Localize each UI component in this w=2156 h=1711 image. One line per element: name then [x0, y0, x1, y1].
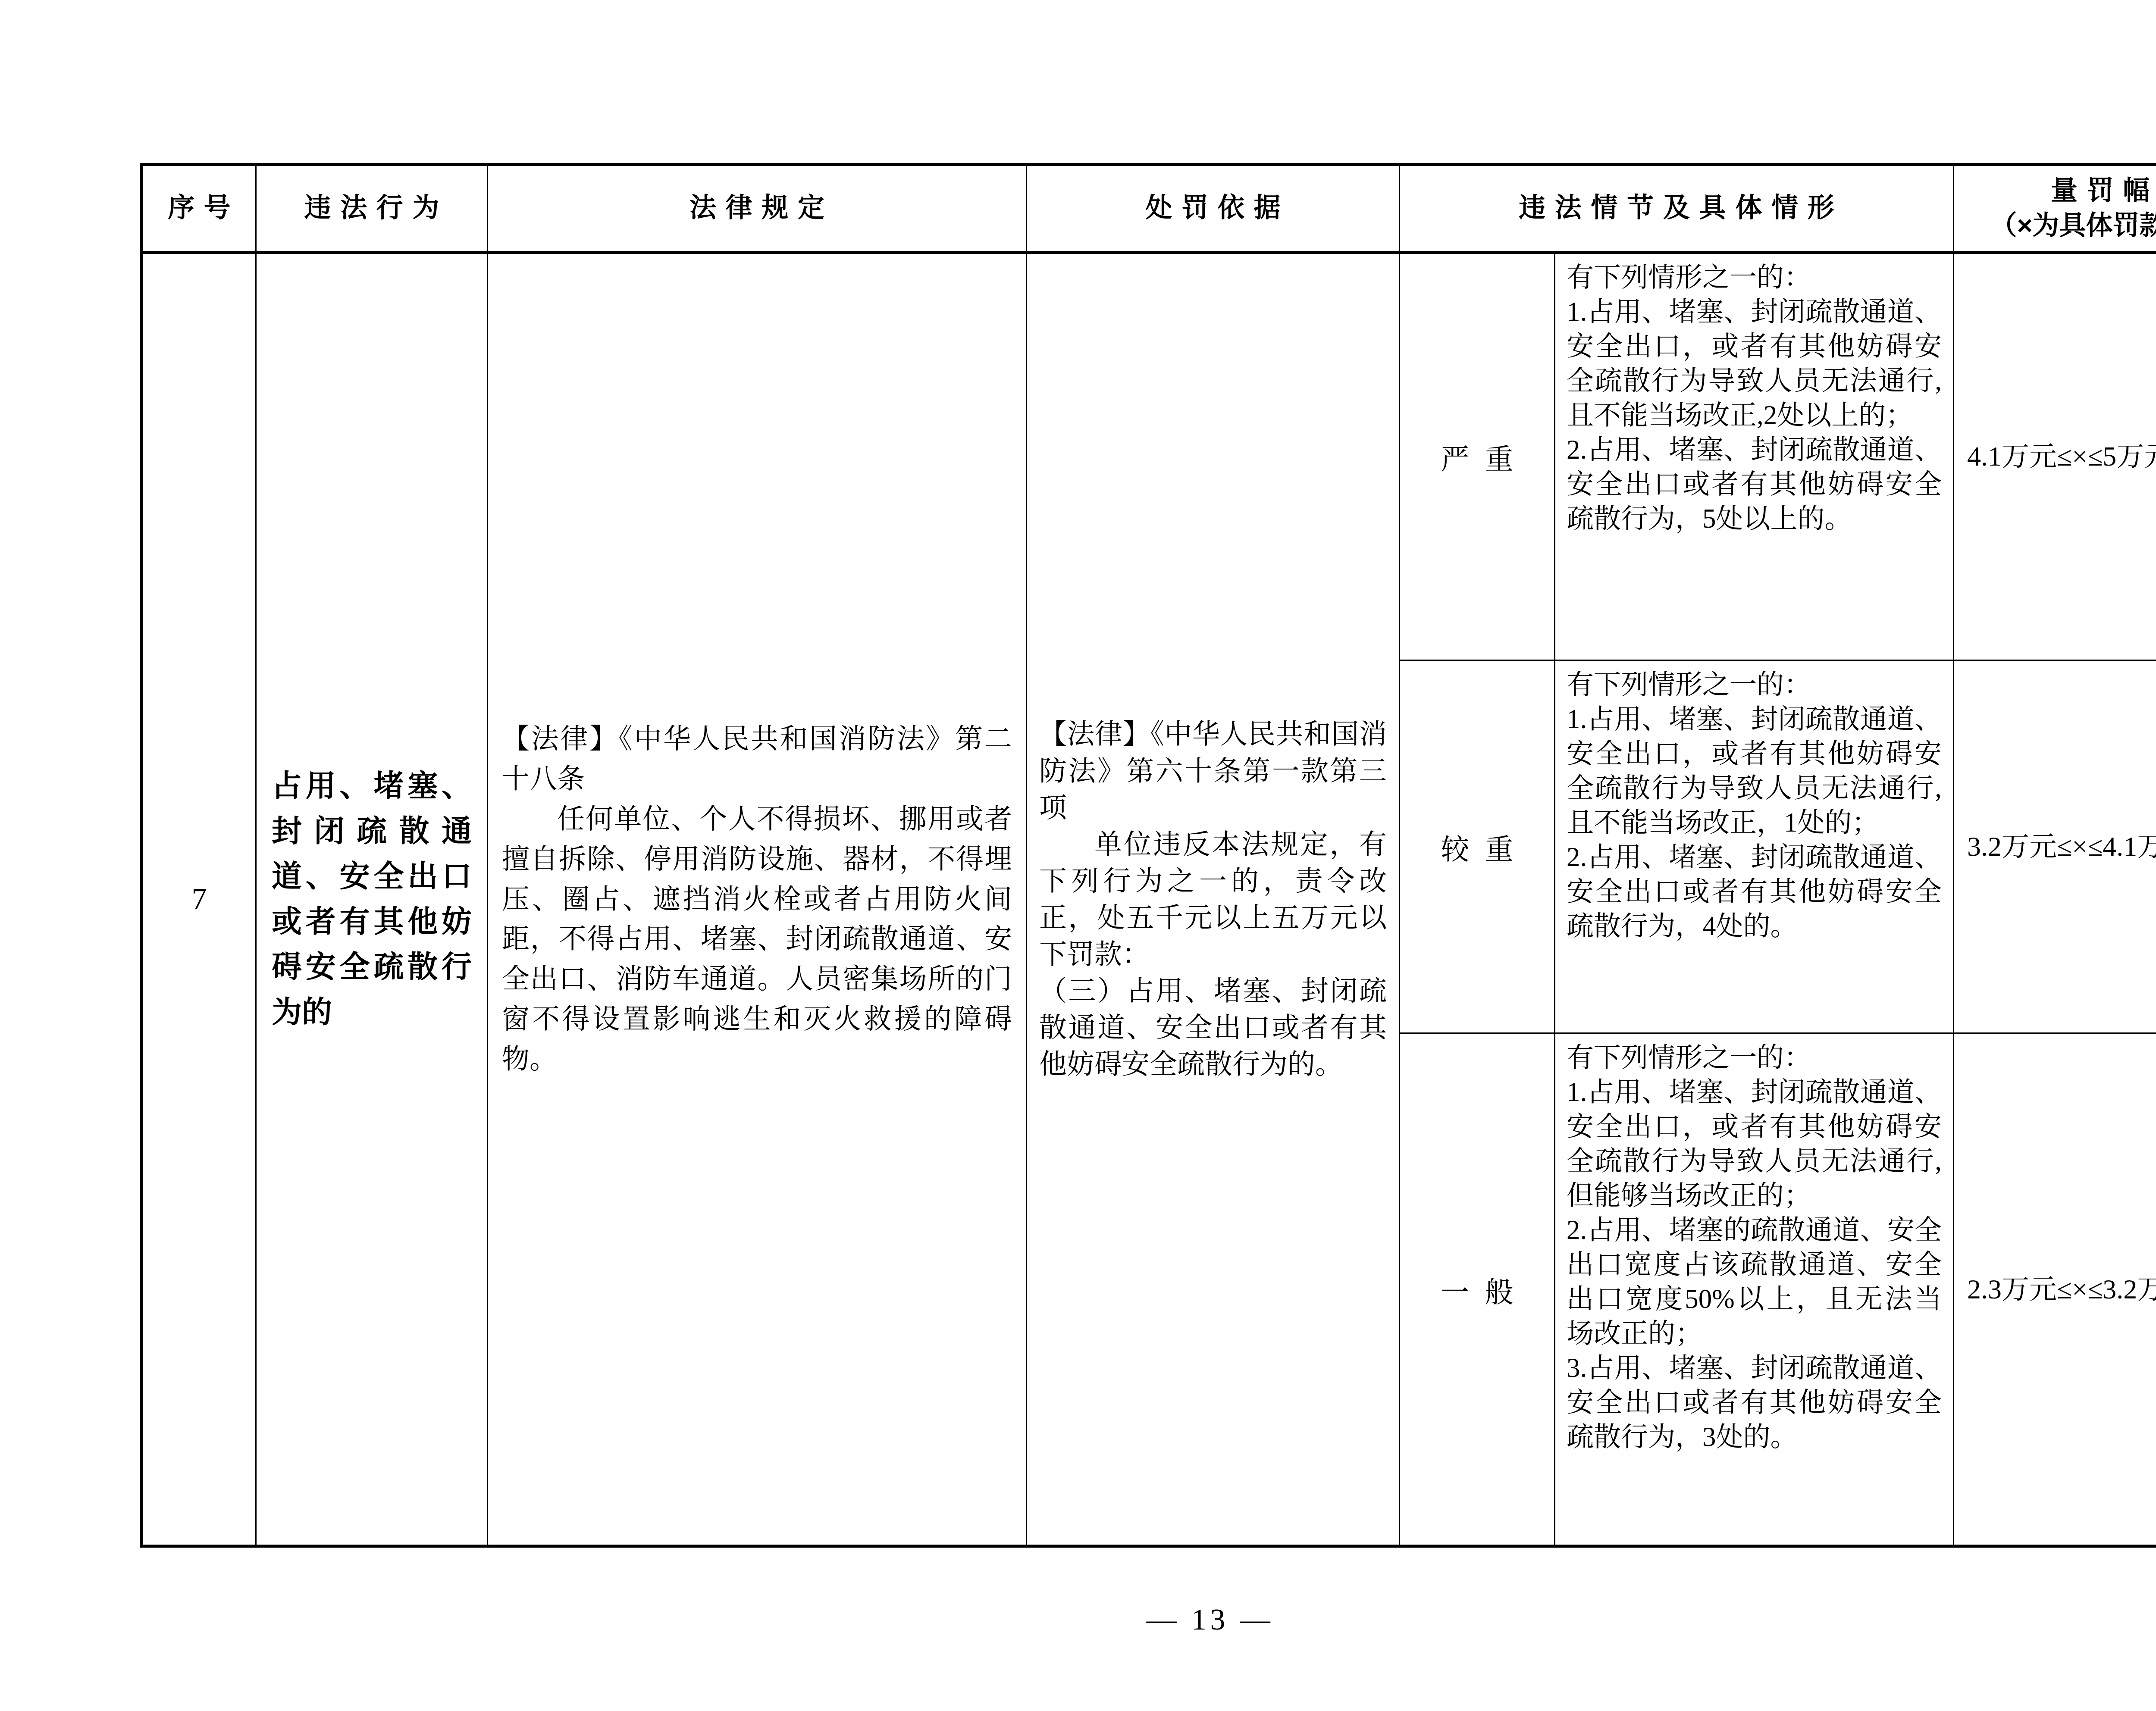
circumstance-intro: 有下列情形之一的：: [1567, 260, 1942, 294]
header-penalty-range-line1: 量罚幅度: [2051, 174, 2156, 209]
header-index-label: 序号: [168, 191, 240, 226]
penalty-range-general-text: 2.3万元≤×≤3.2万元: [1967, 1271, 2156, 1308]
header-penalty-range: 量罚幅度 （×为具体罚款金额）: [1954, 166, 2156, 254]
circumstance-item: 1.占用、堵塞、封闭疏散通道、安全出口，或者有其他妨碍安全疏散行为导致人员无法通…: [1567, 294, 1942, 432]
circumstance-item: 3.占用、堵塞、封闭疏散通道、安全出口或者有其他妨碍安全疏散行为，3处的。: [1567, 1351, 1942, 1454]
header-penalty-basis-label: 处罚依据: [1145, 191, 1290, 226]
circumstance-detail-heavier: 有下列情形之一的： 1.占用、堵塞、封闭疏散通道、安全出口，或者有其他妨碍安全疏…: [1555, 661, 1954, 1034]
penalty-basis-text: 单位违反本法规定，有下列行为之一的，责令改正，处五千元以上五万元以下罚款：: [1039, 826, 1387, 973]
circumstance-detail-general: 有下列情形之一的： 1.占用、堵塞、封闭疏散通道、安全出口，或者有其他妨碍安全疏…: [1555, 1034, 1954, 1545]
penalty-range-severe: 4.1万元≤×≤5万元: [1954, 254, 2156, 661]
circumstance-intro: 有下列情形之一的：: [1567, 667, 1942, 702]
circumstance-item: 1.占用、堵塞、封闭疏散通道、安全出口，或者有其他妨碍安全疏散行为导致人员无法通…: [1567, 1075, 1942, 1213]
header-circumstances-label: 违法情节及具体情形: [1519, 191, 1843, 226]
document-page: 序号 违法行为 法律规定 处罚依据 违法情节及具体情形 量罚幅度 （×为具体罚款…: [0, 0, 2156, 1711]
penalty-basis-item: （三）占用、堵塞、封闭疏散通道、安全出口或者有其他妨碍安全疏散行为的。: [1039, 973, 1387, 1082]
penalty-range-heavier-text: 3.2万元≤×≤4.1万元: [1967, 828, 2156, 865]
header-behavior: 违法行为: [257, 166, 488, 254]
circumstance-item: 2.占用、堵塞、封闭疏散通道、安全出口或者有其他妨碍安全疏散行为，5处以上的。: [1567, 432, 1942, 536]
page-number: — 13 —: [0, 1603, 2156, 1637]
severity-label-general: 一般: [1400, 1034, 1555, 1545]
legal-provision-text: 任何单位、个人不得损坏、挪用或者擅自拆除、停用消防设施、器材，不得埋压、圈占、遮…: [502, 799, 1012, 1079]
severity-label-heavier: 较重: [1400, 661, 1555, 1034]
penalty-range-heavier: 3.2万元≤×≤4.1万元: [1954, 661, 2156, 1034]
header-index: 序号: [143, 166, 257, 254]
severity-general-text: 一般: [1441, 1269, 1529, 1310]
row-index-cell: 7: [143, 254, 257, 1545]
header-behavior-label: 违法行为: [304, 191, 448, 226]
header-circumstances: 违法情节及具体情形: [1400, 166, 1954, 254]
severity-heavier-text: 较重: [1441, 826, 1529, 867]
header-legal-provision-label: 法律规定: [689, 191, 834, 226]
penalty-range-general: 2.3万元≤×≤3.2万元: [1954, 1034, 2156, 1545]
penalty-table: 序号 违法行为 法律规定 处罚依据 违法情节及具体情形 量罚幅度 （×为具体罚款…: [140, 163, 2156, 1548]
header-legal-provision: 法律规定: [488, 166, 1027, 254]
severity-severe-text: 严重: [1441, 436, 1529, 477]
circumstance-item: 2.占用、堵塞的疏散通道、安全出口宽度占该疏散通道、安全出口宽度50%以上，且无…: [1567, 1213, 1942, 1351]
penalty-basis-title: 【法律】《中华人民共和国消防法》第六十条第一款第三项: [1039, 716, 1387, 826]
penalty-range-severe-text: 4.1万元≤×≤5万元: [1967, 438, 2156, 475]
severity-label-severe: 严重: [1400, 254, 1555, 661]
circumstance-item: 1.占用、堵塞、封闭疏散通道、安全出口，或者有其他妨碍安全疏散行为导致人员无法通…: [1567, 702, 1942, 840]
header-penalty-basis: 处罚依据: [1027, 166, 1400, 254]
circumstance-item: 2.占用、堵塞、封闭疏散通道、安全出口或者有其他妨碍安全疏散行为，4处的。: [1567, 840, 1942, 943]
row-penalty-basis-cell: 【法律】《中华人民共和国消防法》第六十条第一款第三项 单位违反本法规定，有下列行…: [1027, 254, 1400, 1545]
circumstance-detail-severe: 有下列情形之一的： 1.占用、堵塞、封闭疏散通道、安全出口，或者有其他妨碍安全疏…: [1555, 254, 1954, 661]
legal-provision-title: 【法律】《中华人民共和国消防法》第二十八条: [502, 719, 1012, 799]
row-behavior-cell: 占用、堵塞、封闭疏散通道、安全出口或者有其他妨碍安全疏散行为的: [257, 254, 488, 1545]
circumstance-intro: 有下列情形之一的：: [1567, 1040, 1942, 1075]
row-legal-provision-cell: 【法律】《中华人民共和国消防法》第二十八条 任何单位、个人不得损坏、挪用或者擅自…: [488, 254, 1027, 1545]
header-penalty-range-line2: （×为具体罚款金额）: [1990, 209, 2156, 244]
